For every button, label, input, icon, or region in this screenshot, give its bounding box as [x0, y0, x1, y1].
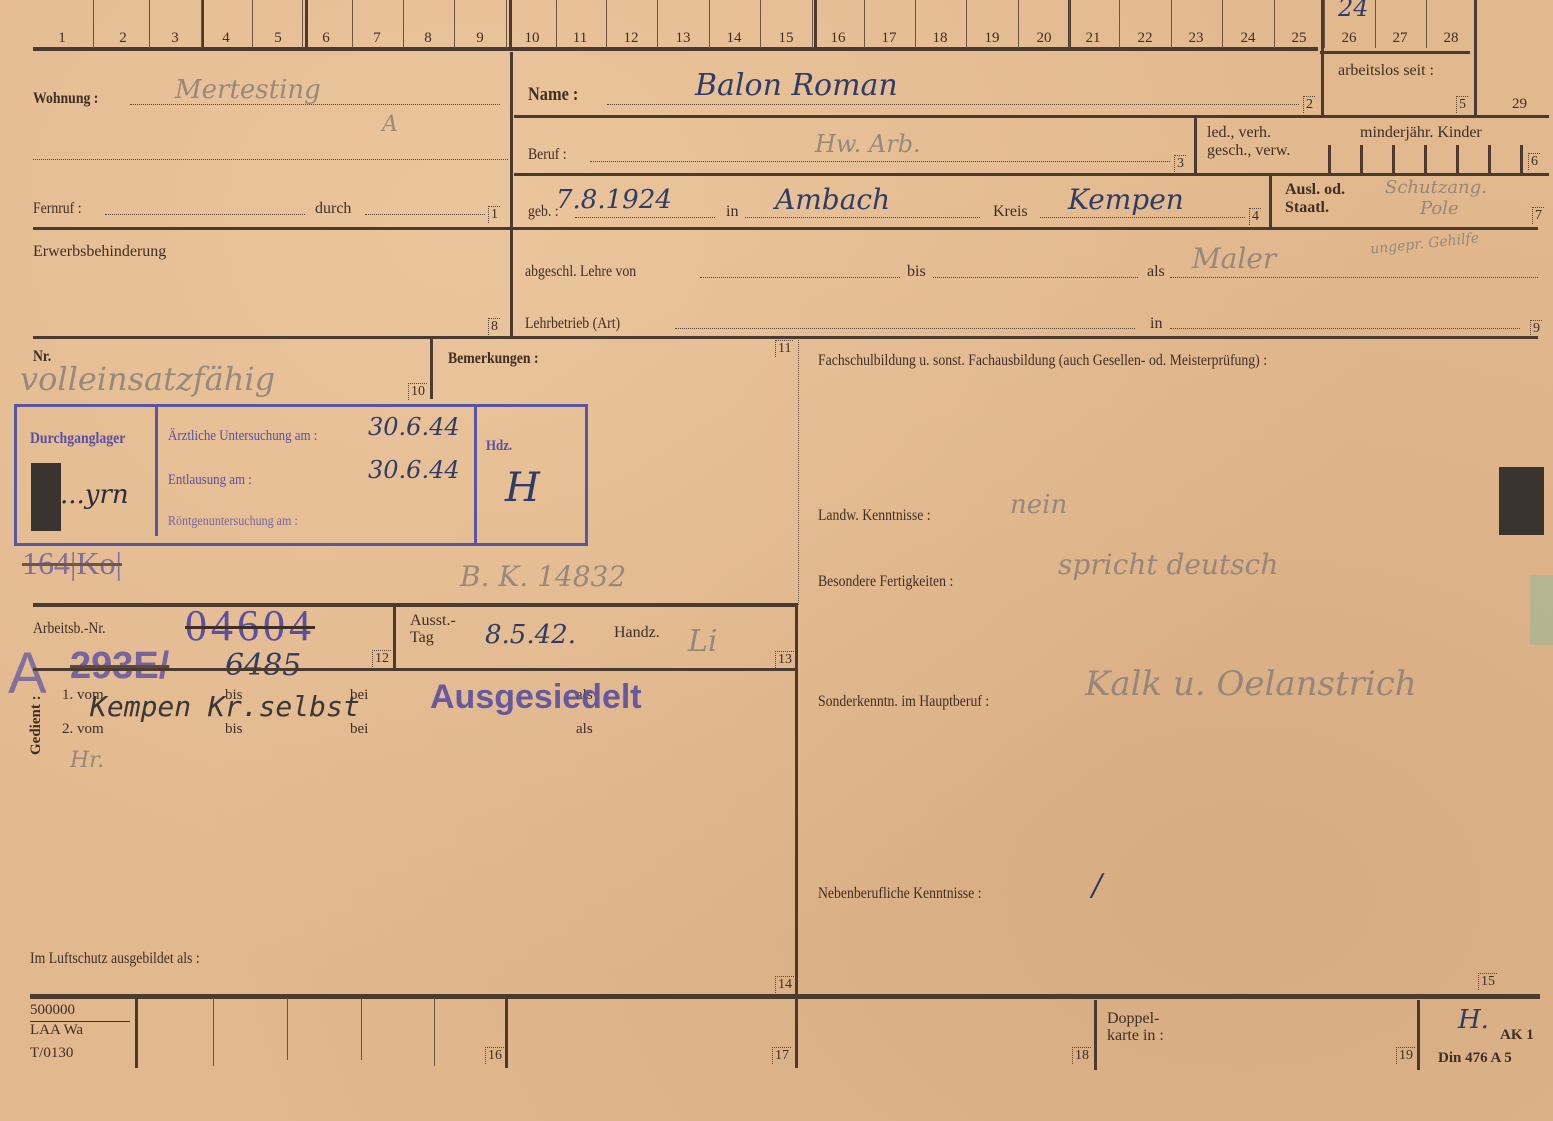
durch-field[interactable] [365, 214, 485, 215]
lehre-note: ungepr. Gehilfe [1369, 230, 1479, 257]
lehre-bis-label: bis [907, 263, 926, 281]
column-number: 10 [512, 30, 552, 47]
column-number: 21 [1073, 30, 1113, 47]
untersuchung-label: Ärztliche Untersuchung am : [168, 428, 317, 445]
column-number: 22 [1125, 30, 1165, 47]
ak-initial: H. [1458, 1005, 1489, 1035]
lehrbetrieb-in-field[interactable] [1170, 328, 1520, 329]
column-number: 9 [460, 30, 500, 47]
gedient-label: Gedient : [28, 695, 45, 755]
arbeitsbuch-stamp-code: 293E/ [70, 645, 169, 688]
geb-place-value: Ambach [775, 183, 890, 216]
lehre-als-value: Maler [1192, 242, 1276, 275]
familienstand-label-1: led., verh. [1207, 124, 1271, 142]
fernruf-label: Fernruf : [33, 200, 82, 218]
hdz-value: H [505, 465, 540, 511]
name-field[interactable] [607, 104, 1299, 105]
green-mark [1530, 575, 1553, 645]
column-number: 6 [306, 30, 346, 47]
column-number: 26 [1329, 30, 1369, 47]
column-number: 3 [155, 30, 195, 47]
column-number: 11 [560, 30, 600, 47]
struck-stamp: 164|Ko| [22, 545, 122, 582]
lehrbetrieb-field[interactable] [675, 328, 1135, 329]
column-number: 13 [663, 30, 703, 47]
handz-value: Li [688, 624, 718, 659]
box-number-14: 14 [775, 976, 794, 993]
column-number: 18 [920, 30, 960, 47]
doppelkarte-label-2: karte in : [1107, 1027, 1164, 1045]
column-number: 1 [42, 30, 82, 47]
column-number: 25 [1279, 30, 1319, 47]
side-tab-marker [1499, 467, 1544, 535]
sonderkenntn-value: Kalk u. Oelanstrich [1085, 664, 1417, 704]
fertigkeiten-value: spricht deutsch [1058, 548, 1278, 581]
lehrbetrieb-label: Lehrbetrieb (Art) [525, 315, 620, 333]
lehre-von-field[interactable] [700, 277, 900, 278]
entlausung-label: Entlausung am : [168, 472, 252, 489]
arbeitsbuch-handwritten: 6485 [225, 648, 301, 683]
name-label: Name : [528, 84, 578, 106]
nebenberuf-label: Nebenberufliche Kenntnisse : [818, 885, 982, 903]
staat-label-1: Ausl. od. [1285, 181, 1345, 199]
column-number: 2 [103, 30, 143, 47]
wohnung-mark: A [382, 112, 398, 137]
ausstellung-label-1: Ausst.- [410, 612, 456, 630]
print-line-1: 500000 [30, 1002, 75, 1019]
arbeitslos-label: arbeitslos seit : [1338, 62, 1434, 80]
din-label: Din 476 A 5 [1438, 1050, 1512, 1067]
box-number-16: 16 [485, 1047, 504, 1064]
box-number-9: 9 [1530, 320, 1542, 337]
box-number-19: 19 [1396, 1047, 1415, 1064]
column-number: 15 [766, 30, 806, 47]
column-number: 28 [1431, 30, 1471, 47]
column-number: 7 [357, 30, 397, 47]
box-number-1: 1 [488, 206, 500, 223]
lehrbetrieb-in-label: in [1150, 315, 1162, 333]
column-number: 23 [1176, 30, 1216, 47]
erwerbsbehinderung-label: Erwerbsbehinderung [33, 243, 166, 261]
beruf-label: Beruf : [528, 146, 567, 164]
durch-label: durch [315, 200, 351, 218]
familienstand-label-2: gesch., verw. [1207, 142, 1290, 160]
gedient-row-2-bei: bei [350, 721, 368, 738]
beruf-value: Hw. Arb. [815, 130, 921, 158]
geb-date-field[interactable] [575, 217, 715, 218]
column-number: 5 [258, 30, 298, 47]
wohnung-label: Wohnung : [33, 90, 98, 108]
box-number-5: 5 [1456, 96, 1468, 113]
column-number: 16 [818, 30, 858, 47]
column-number: 27 [1380, 30, 1420, 47]
box-number-10: 10 [408, 383, 427, 400]
ausstellung-label-2: Tag [410, 629, 434, 647]
box-number-15: 15 [1478, 973, 1497, 990]
column-number: 4 [206, 30, 246, 47]
lehre-als-field[interactable] [1170, 277, 1538, 278]
gedient-typed: Kempen Kr.selbst [90, 690, 360, 723]
lehre-label: abgeschl. Lehre von [525, 263, 636, 281]
box-number-18: 18 [1072, 1047, 1091, 1064]
lehre-als-label: als [1147, 263, 1165, 281]
gedient-row-2-als: als [576, 721, 593, 738]
geb-label: geb. : [528, 203, 559, 221]
box-number-4: 4 [1249, 208, 1261, 225]
fertigkeiten-label: Besondere Fertigkeiten : [818, 573, 953, 591]
column-number: 20 [1024, 30, 1064, 47]
kreis-value: Kempen [1068, 183, 1184, 216]
box-number-12: 12 [372, 650, 391, 667]
bemerkungen-handwritten: B. K. 14832 [460, 560, 626, 593]
box-number-7: 7 [1532, 207, 1544, 224]
box-number-17: 17 [772, 1047, 791, 1064]
divider [510, 52, 513, 337]
kreis-field[interactable] [1040, 217, 1245, 218]
beruf-field[interactable] [590, 161, 1170, 162]
doppelkarte-label-1: Doppel- [1107, 1010, 1159, 1028]
staat-value-1: Schutzang. [1385, 177, 1487, 198]
sonderkenntn-label: Sonderkenntn. im Hauptberuf : [818, 693, 989, 711]
box-number-29: 29 [1512, 96, 1527, 113]
ausgesiedelt-stamp: Ausgesiedelt [430, 678, 642, 717]
kinder-label: minderjähr. Kinder [1360, 124, 1482, 142]
wohnung-field-line2[interactable] [33, 159, 508, 160]
geb-in-label: in [726, 203, 738, 221]
fachschul-label: Fachschulbildung u. sonst. Fachausbildun… [818, 352, 1267, 370]
box-number-6: 6 [1528, 153, 1540, 170]
entlausung-value: 30.6.44 [368, 456, 460, 484]
geb-place-field[interactable] [745, 217, 980, 218]
column-number: 12 [611, 30, 651, 47]
gedient-initials: Hr. [70, 748, 104, 773]
ak-label: AK 1 [1500, 1027, 1534, 1044]
untersuchung-value: 30.6.44 [368, 413, 460, 441]
durchgangslager-label: Durchganglager [30, 430, 125, 448]
kreis-label: Kreis [993, 203, 1028, 221]
column-number: 19 [972, 30, 1012, 47]
print-line-2: LAA Wa [30, 1022, 83, 1039]
landw-value: nein [1010, 490, 1067, 520]
fernruf-field[interactable] [105, 214, 305, 215]
bemerkungen-label: Bemerkungen : [448, 350, 539, 368]
box-number-8: 8 [488, 318, 500, 335]
staat-label-2: Staatl. [1285, 199, 1329, 217]
column-number: 24 [1228, 30, 1268, 47]
print-line-3: T/0130 [30, 1045, 73, 1062]
column-number: 8 [408, 30, 448, 47]
box-number-13: 13 [775, 651, 794, 668]
box-number-2: 2 [1303, 96, 1315, 113]
roentgen-label: Röntgenuntersuchung am : [168, 514, 298, 530]
durchgangslager-value: ...yrn [60, 480, 129, 510]
redaction-block [31, 463, 61, 531]
landw-label: Landw. Kenntnisse : [818, 507, 931, 525]
gedient-row-2-bis: bis [225, 721, 243, 738]
ausstellung-value: 8.5.42. [485, 620, 576, 650]
arbeitsbuch-label: Arbeitsb.-Nr. [33, 620, 106, 638]
hdz-label: Hdz. [486, 438, 512, 455]
box-number-3: 3 [1174, 155, 1186, 172]
handz-label: Handz. [614, 624, 660, 642]
box-number-11: 11 [775, 340, 793, 357]
wohnung-value: Mertesting [175, 75, 321, 105]
name-value: Balon Roman [695, 68, 898, 103]
gedient-row-2-n: 2. vom [62, 721, 104, 738]
column-number: 17 [869, 30, 909, 47]
lehre-bis-field[interactable] [933, 277, 1138, 278]
nebenberuf-value: / [1092, 868, 1102, 903]
nr-value: volleinsatzfähig [20, 360, 275, 398]
handwritten-24: 24 [1338, 0, 1369, 22]
geb-date-value: 7.8.1924 [556, 185, 672, 215]
column-number: 14 [714, 30, 754, 47]
staat-value-2: Pole [1420, 198, 1459, 219]
luftschutz-label: Im Luftschutz ausgebildet als : [30, 950, 200, 968]
arbeitsbuch-value: 04604 [185, 600, 315, 651]
